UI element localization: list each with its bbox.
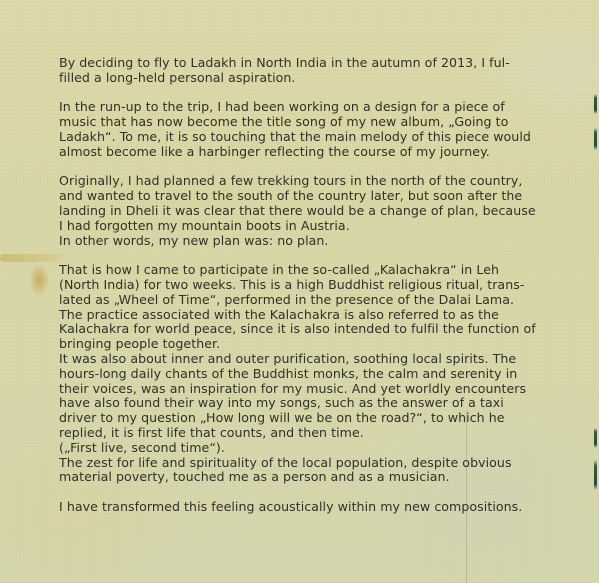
water-stain-blot bbox=[30, 265, 48, 295]
text-line: The practice associated with the Kalacha… bbox=[59, 308, 539, 323]
text-line: their voices, was an inspiration for my … bbox=[59, 382, 539, 397]
binding-staple-icon bbox=[594, 128, 597, 150]
text-line: („First live, second time“). bbox=[59, 441, 539, 456]
text-line: landing in Dheli it was clear that there… bbox=[59, 204, 539, 219]
binding-staple-icon bbox=[594, 94, 597, 114]
text-line: hours-long daily chants of the Buddhist … bbox=[59, 367, 539, 382]
text-line: filled a long-held personal aspiration. bbox=[59, 71, 539, 86]
paragraph-intro: By deciding to fly to Ladakh in North In… bbox=[59, 56, 539, 86]
text-line: The zest for life and spirituality of th… bbox=[59, 456, 539, 471]
text-line: By deciding to fly to Ladakh in North In… bbox=[59, 56, 539, 71]
paragraph-title-song: In the run-up to the trip, I had been wo… bbox=[59, 100, 539, 159]
text-line: driver to my question „How long will we … bbox=[59, 411, 539, 426]
text-line: I had forgotten my mountain boots in Aus… bbox=[59, 219, 539, 234]
binding-staple-icon bbox=[594, 428, 597, 448]
text-line: (North India) for two weeks. This is a h… bbox=[59, 278, 539, 293]
text-line: and wanted to travel to the south of the… bbox=[59, 189, 539, 204]
text-line: In other words, my new plan was: no plan… bbox=[59, 234, 539, 249]
text-line: Originally, I had planned a few trekking… bbox=[59, 174, 539, 189]
text-line: replied, it is first life that counts, a… bbox=[59, 426, 539, 441]
paragraph-plans: Originally, I had planned a few trekking… bbox=[59, 174, 539, 248]
binding-staple-icon bbox=[594, 460, 597, 490]
text-line: lated as „Wheel of Time“, performed in t… bbox=[59, 293, 539, 308]
paragraph-kalachakra: That is how I came to participate in the… bbox=[59, 263, 539, 485]
text-line: In the run-up to the trip, I had been wo… bbox=[59, 100, 539, 115]
text-line: That is how I came to participate in the… bbox=[59, 263, 539, 278]
text-line: Ladakh“. To me, it is so touching that t… bbox=[59, 130, 539, 145]
text-line: I have transformed this feeling acoustic… bbox=[59, 500, 539, 515]
text-line: almost become like a harbinger reflectin… bbox=[59, 145, 539, 160]
text-line: material poverty, touched me as a person… bbox=[59, 470, 539, 485]
text-line: Kalachakra for world peace, since it is … bbox=[59, 322, 539, 337]
booklet-text: By deciding to fly to Ladakh in North In… bbox=[59, 56, 539, 530]
text-line: music that has now become the title song… bbox=[59, 115, 539, 130]
text-line: bringing people together. bbox=[59, 337, 539, 352]
paragraph-closing: I have transformed this feeling acoustic… bbox=[59, 500, 539, 515]
text-line: It was also about inner and outer purifi… bbox=[59, 352, 539, 367]
text-line: have also found their way into my songs,… bbox=[59, 396, 539, 411]
